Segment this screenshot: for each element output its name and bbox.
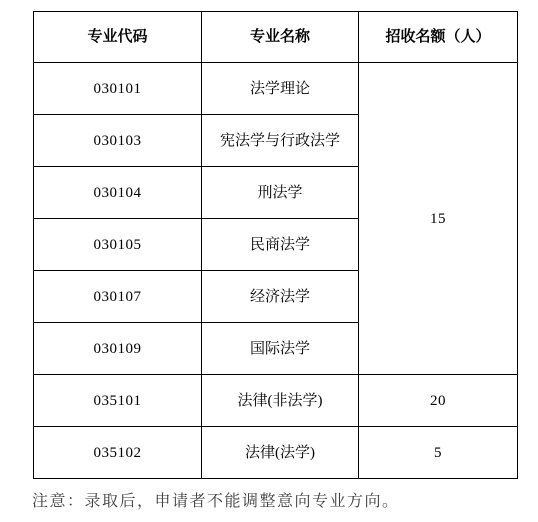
admission-quota-table: 专业代码 专业名称 招收名额（人） 030101 法学理论 15 030103 … xyxy=(33,11,518,479)
note-text: 注意：录取后，申请者不能调整意向专业方向。 xyxy=(32,488,512,511)
quota-cell: 5 xyxy=(359,427,518,479)
header-major-name: 专业名称 xyxy=(202,12,359,63)
major-name-cell: 宪法学与行政法学 xyxy=(202,115,359,167)
quota-cell-merged: 15 xyxy=(359,63,518,375)
major-code-cell: 030105 xyxy=(34,219,202,271)
quota-cell: 20 xyxy=(359,375,518,427)
major-code-cell: 030103 xyxy=(34,115,202,167)
major-code-cell: 030109 xyxy=(34,323,202,375)
major-name-cell: 刑法学 xyxy=(202,167,359,219)
major-code-cell: 030104 xyxy=(34,167,202,219)
major-name-cell: 法律(非法学) xyxy=(202,375,359,427)
major-name-cell: 法律(法学) xyxy=(202,427,359,479)
major-name-cell: 法学理论 xyxy=(202,63,359,115)
header-row: 专业代码 专业名称 招收名额（人） xyxy=(34,12,518,63)
major-code-cell: 030107 xyxy=(34,271,202,323)
major-name-cell: 民商法学 xyxy=(202,219,359,271)
table-row: 035102 法律(法学) 5 xyxy=(34,427,518,479)
table-row: 030101 法学理论 15 xyxy=(34,63,518,115)
major-name-cell: 国际法学 xyxy=(202,323,359,375)
major-code-cell: 035101 xyxy=(34,375,202,427)
major-name-cell: 经济法学 xyxy=(202,271,359,323)
major-code-cell: 030101 xyxy=(34,63,202,115)
major-code-cell: 035102 xyxy=(34,427,202,479)
header-quota: 招收名额（人） xyxy=(359,12,518,63)
table-row: 035101 法律(非法学) 20 xyxy=(34,375,518,427)
header-major-code: 专业代码 xyxy=(34,12,202,63)
